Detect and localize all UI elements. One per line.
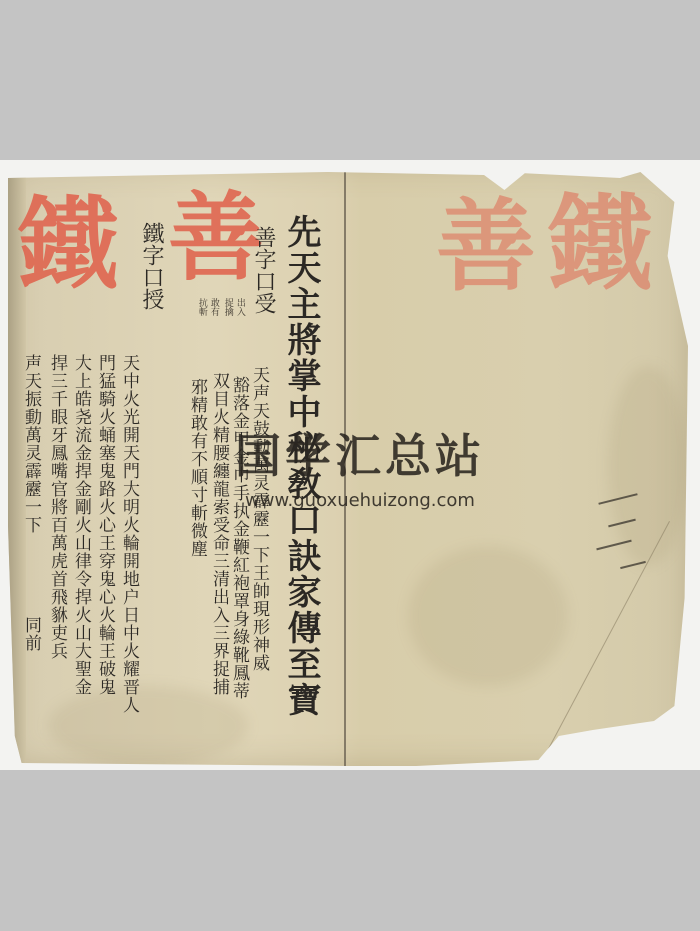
scan-area: 先天主將掌中秘敎口訣家傳至寶 善 出入 捉擒 敢有 抗斬 善字口受 天声天鼓動萬… — [0, 160, 700, 770]
section-label-tie: 鐵字口授 — [140, 222, 162, 310]
paper-stain — [408, 546, 568, 686]
seal-shan: 善 — [168, 190, 264, 286]
paper-stain — [48, 686, 248, 766]
spine-fold — [344, 166, 346, 766]
incantation-line: 天中火光開天門大明火輪開地户日中火耀晋人 — [120, 354, 137, 714]
section-label-shan: 善字口受 — [252, 226, 274, 314]
incantation-line: 邪精敢有不順寸斬微塵 — [188, 378, 205, 558]
book-spread: 先天主將掌中秘敎口訣家傳至寶 善 出入 捉擒 敢有 抗斬 善字口受 天声天鼓動萬… — [8, 166, 688, 766]
seal-note: 捉擒 — [222, 298, 232, 316]
paper-crease — [547, 521, 670, 751]
seal-tie: 鐵 — [18, 194, 118, 294]
page-title: 先天主將掌中秘敎口訣家傳至寶 — [284, 214, 318, 718]
incantation-line: 天声天鼓動萬灵霹靂一下王帥現形神威 — [250, 366, 267, 672]
incantation-line: 捍三千眼牙鳳嘴官將百萬虎首飛貅吏兵 — [48, 354, 65, 660]
seal-note: 抗斬 — [196, 298, 206, 316]
seal-note: 敢有 — [208, 298, 218, 316]
incantation-line: 豁落金甲金巾手执金鞭紅袍罩身綠靴鳳蒂 — [230, 376, 247, 700]
incantation-line: 双目火精腰纏龍索受命三清出入三界捉捕 — [210, 372, 227, 696]
incantation-line: 声天振動萬灵霹靂一下 — [22, 354, 39, 534]
seal-shan-bleedthrough: 善 — [436, 196, 536, 296]
incantation-line: 門猛騎火蛹塞鬼路火心王穿鬼心火輪王破鬼 — [96, 354, 113, 696]
incantation-line: 大上皓尧流金捍金剛火山律令捍火山大聖金 — [72, 354, 89, 696]
seal-note: 出入 — [234, 298, 244, 316]
seal-tie-bleedthrough: 鐵 — [548, 192, 652, 296]
paper-stain — [608, 366, 688, 566]
closing-note: 同前 — [22, 616, 39, 652]
